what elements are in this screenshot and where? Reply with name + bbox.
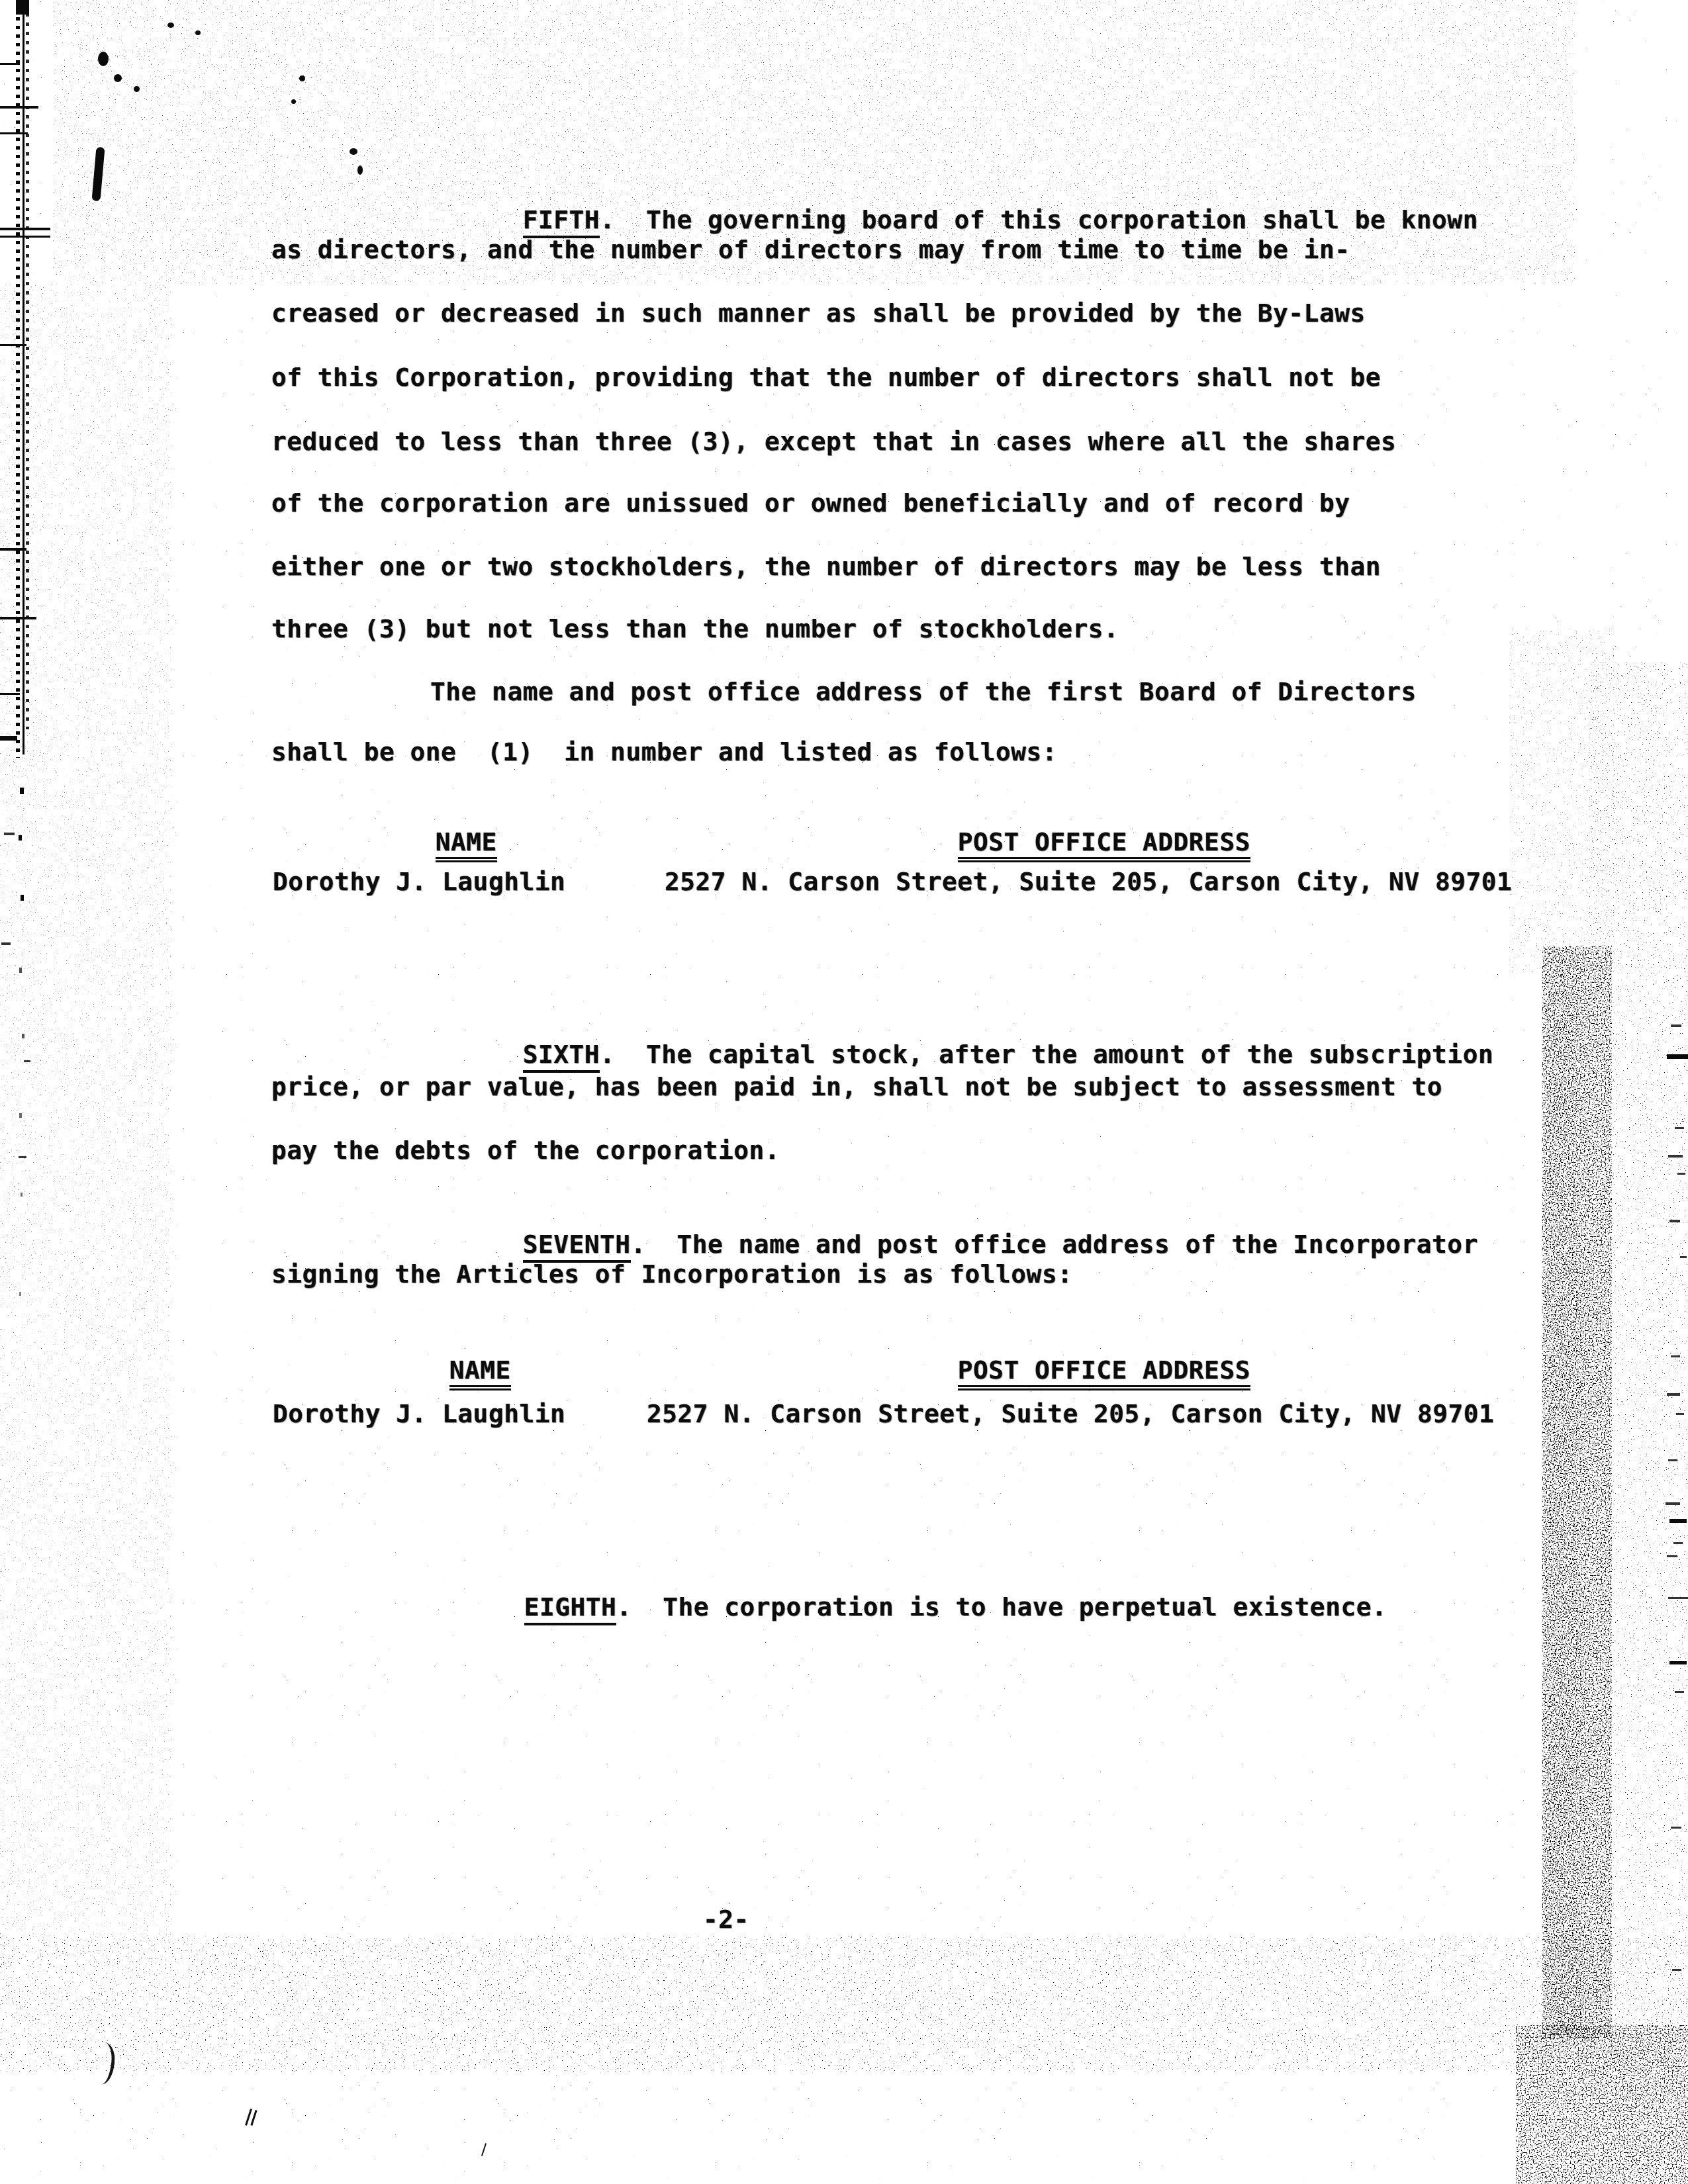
edge-dash-column <box>16 0 20 758</box>
edge-dash <box>19 968 22 973</box>
edge-dash <box>19 1113 22 1118</box>
edge-tick <box>0 228 50 230</box>
scan-speck <box>357 165 363 175</box>
margin-dash <box>1665 1502 1680 1505</box>
noise-bottom-right-corner <box>1516 2025 1688 2184</box>
margin-dash <box>4 833 15 835</box>
margin-dash <box>1673 1542 1683 1544</box>
term-period: . <box>631 1230 646 1259</box>
article-seventh-intro: The name and post office address of the … <box>646 1230 1478 1259</box>
scan-speck <box>114 74 122 82</box>
article-sixth-line-2: price, or par value, has been paid in, s… <box>271 1071 1442 1103</box>
name-header-text: NAME <box>436 827 497 862</box>
edge-dash <box>22 1034 24 1038</box>
article-fifth-intro: The governing board of this corporation … <box>615 205 1478 234</box>
margin-dash <box>1669 1519 1687 1523</box>
margin-dash <box>1680 1256 1687 1258</box>
incorporator-table-row-address: 2527 N. Carson Street, Suite 205, Carson… <box>647 1398 1494 1430</box>
scan-speck <box>167 23 174 28</box>
margin-dash <box>1671 1355 1680 1357</box>
edge-tick <box>0 236 50 238</box>
edge-dash <box>19 835 22 841</box>
margin-dash <box>1668 1597 1688 1599</box>
address-header-text: POST OFFICE ADDRESS <box>958 1355 1250 1390</box>
article-eighth-term: EIGHTH <box>524 1592 617 1625</box>
noise-right-margin <box>1589 662 1688 2118</box>
edge-tick <box>0 132 28 134</box>
margin-dash <box>1677 1173 1685 1175</box>
edge-dash-column <box>26 1 29 729</box>
edge-tick <box>0 693 20 695</box>
term-period: . <box>616 1592 632 1621</box>
incorporator-table-row-name: Dorothy J. Laughlin <box>273 1398 565 1430</box>
edge-corner-block <box>16 0 29 15</box>
scan-speck <box>98 52 109 66</box>
directors-table-row-name: Dorothy J. Laughlin <box>273 866 565 897</box>
edge-tick <box>0 106 38 109</box>
margin-dash <box>1667 1555 1677 1557</box>
margin-dash <box>0 736 17 741</box>
margin-dash <box>1671 1024 1681 1027</box>
page-number: -2- <box>703 1903 749 1935</box>
edge-tick <box>0 344 26 346</box>
article-fifth-line-7: either one or two stockholders, the numb… <box>271 551 1381 582</box>
article-fifth-line-4: of this Corporation, providing that the … <box>271 361 1381 393</box>
article-sixth-term: SIXTH <box>523 1040 600 1073</box>
margin-dash <box>1676 1413 1684 1415</box>
term-period: . <box>600 205 615 234</box>
margin-dash <box>1675 1127 1684 1129</box>
edge-vertical-line <box>23 0 24 754</box>
margin-dash <box>1675 1691 1684 1693</box>
margin-dash <box>1671 1827 1681 1829</box>
binding-edge-artifact <box>0 0 79 1390</box>
name-header-text: NAME <box>449 1355 511 1390</box>
scanned-document-page: FIFTH. The governing board of this corpo… <box>0 0 1688 2184</box>
address-header-text: POST OFFICE ADDRESS <box>958 827 1250 862</box>
edge-dash <box>21 895 24 901</box>
term-period: . <box>600 1040 615 1069</box>
noise-bottom-left <box>0 2025 596 2184</box>
scan-speck <box>350 148 357 155</box>
board-intro-line-1: The name and post office address of the … <box>430 676 1417 707</box>
edge-dash <box>20 788 24 794</box>
article-eighth-intro: The corporation is to have perpetual exi… <box>632 1592 1387 1621</box>
article-eighth-line-1: EIGHTH. The corporation is to have perpe… <box>432 1559 1387 1655</box>
margin-dash <box>1672 1969 1681 1971</box>
margin-dash <box>1669 1661 1687 1664</box>
margin-dash <box>19 1156 26 1158</box>
margin-dash <box>1668 1459 1677 1461</box>
article-fifth-line-6: of the corporation are unissued or owned… <box>271 487 1350 519</box>
edge-tick <box>0 617 36 619</box>
scan-speck <box>291 99 296 104</box>
scan-speck <box>195 30 201 35</box>
article-fifth-line-8: three (3) but not less than the number o… <box>271 613 1119 645</box>
margin-dash <box>1 942 11 945</box>
edge-dash <box>19 1292 21 1296</box>
article-fifth-line-3: creased or decreased in such manner as s… <box>271 297 1366 329</box>
scan-speck <box>299 75 305 81</box>
margin-dash <box>1669 1220 1680 1222</box>
article-sixth-intro: The capital stock, after the amount of t… <box>615 1040 1493 1069</box>
edge-tick <box>0 548 26 551</box>
board-intro-line-2: shall be one (1) in number and listed as… <box>271 736 1057 768</box>
margin-dash <box>1667 1393 1680 1396</box>
article-sixth-line-3: pay the debts of the corporation. <box>271 1134 780 1166</box>
margin-dash <box>1667 1054 1688 1059</box>
article-seventh-line-2: signing the Articles of Incorporation is… <box>271 1258 1072 1290</box>
edge-tick <box>0 63 20 65</box>
article-fifth-line-2: as directors, and the number of director… <box>271 234 1350 265</box>
edge-dash <box>21 1193 23 1197</box>
margin-dash <box>24 1060 30 1062</box>
article-fifth-line-5: reduced to less than three (3), except t… <box>271 426 1396 457</box>
directors-table-row-address: 2527 N. Carson Street, Suite 205, Carson… <box>665 866 1512 897</box>
scan-speck <box>134 86 140 92</box>
margin-dash <box>1668 1155 1683 1158</box>
